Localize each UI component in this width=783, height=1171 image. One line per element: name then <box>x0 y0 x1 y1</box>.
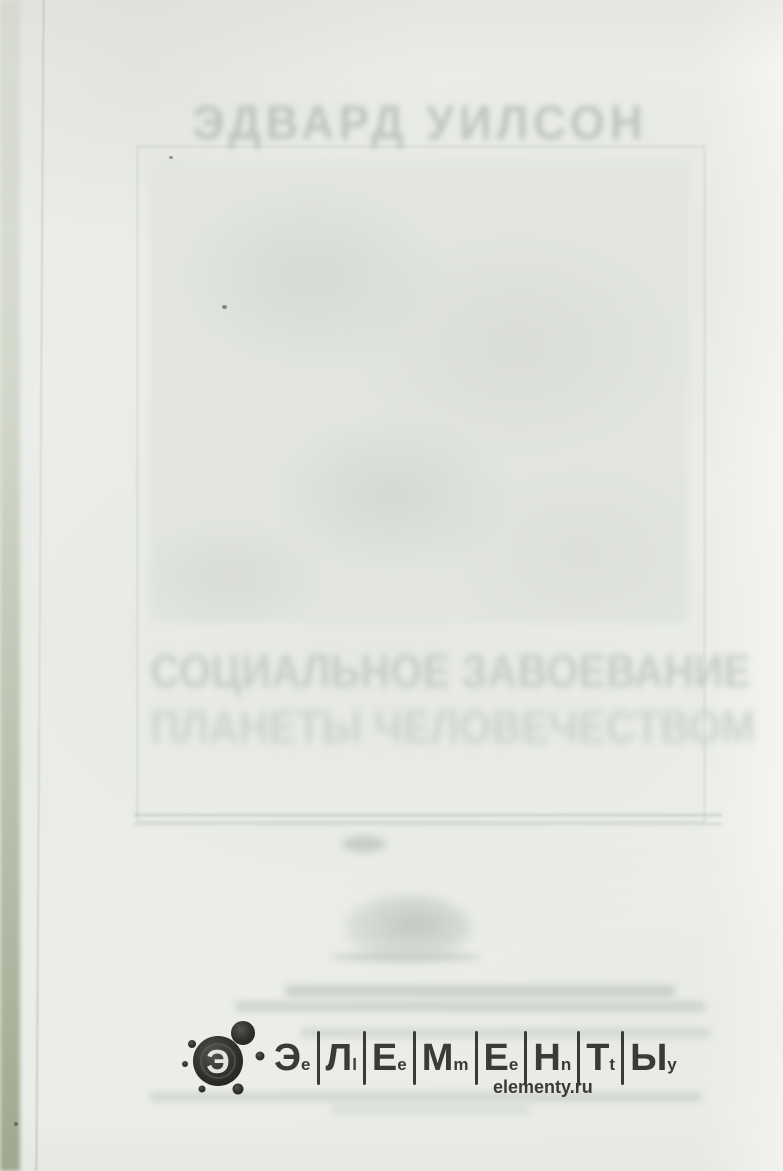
letter-sub: e <box>301 1056 310 1073</box>
page-spine-shadow <box>0 0 20 1171</box>
letter-group: Эe <box>271 1039 314 1077</box>
letter-separator <box>413 1031 416 1085</box>
letter-separator <box>317 1031 320 1085</box>
ghost-author-line: ЭДВАРД УИЛСОН <box>151 96 689 151</box>
letter-separator <box>621 1031 624 1085</box>
paper-crease-line <box>35 0 44 1171</box>
ghost-title-line-2: ПЛАНЕТЫ ЧЕЛОВЕЧЕСТВОМ <box>150 700 690 754</box>
letter-cap: Н <box>533 1039 559 1077</box>
letter-group: Ыy <box>627 1039 680 1077</box>
letter-group: Тt <box>583 1039 618 1077</box>
letter-cap: М <box>422 1039 453 1077</box>
letter-group: Еe <box>481 1039 522 1077</box>
letter-sub: m <box>453 1056 468 1073</box>
ghost-imprint-line-1 <box>285 985 675 997</box>
ghost-publisher-emblem-tail <box>330 952 480 962</box>
letter-cap: Э <box>274 1039 300 1077</box>
letter-sub: n <box>561 1056 571 1073</box>
letter-cap: Т <box>586 1039 608 1077</box>
watermark-letters: Эe Лl Еe Мm Еe Нn Тt Ыy <box>271 1031 680 1085</box>
elementy-url: elementy.ru <box>493 1077 593 1098</box>
letter-sub: l <box>352 1056 357 1073</box>
ghost-rule-bottom <box>134 823 722 825</box>
letter-cap: Е <box>484 1039 508 1077</box>
ghost-imprint-line-2 <box>235 1001 705 1012</box>
letter-cap: Е <box>372 1039 396 1077</box>
elementy-watermark: Э Эe Лl Еe Мm Еe Нn Тt Ыy <box>181 1018 680 1098</box>
ghost-title-line-1: СОЦИАЛЬНОЕ ЗАВОЕВАНИЕ <box>150 644 690 698</box>
atom-molecule-icon: Э <box>181 1018 265 1098</box>
dust-speck <box>14 1122 18 1126</box>
dust-speck <box>222 305 227 309</box>
letter-separator <box>363 1031 366 1085</box>
letter-cap: Ы <box>630 1039 666 1077</box>
ghost-center-mark <box>342 836 386 852</box>
letter-group: Еe <box>369 1039 410 1077</box>
letter-sub: e <box>509 1056 518 1073</box>
letter-sub: e <box>397 1056 406 1073</box>
ghost-rule-top <box>134 814 722 816</box>
letter-group: Лl <box>323 1039 360 1077</box>
letter-cap: Л <box>326 1039 352 1077</box>
letter-group: Мm <box>419 1039 472 1077</box>
scanned-book-page: ЭДВАРД УИЛСОН СОЦИАЛЬНОЕ ЗАВОЕВАНИЕ ПЛАН… <box>0 0 783 1171</box>
ghost-cover-photo <box>150 161 688 623</box>
atom-icon-letter: Э <box>206 1043 229 1080</box>
dust-speck <box>169 156 173 159</box>
letter-sub: t <box>609 1056 615 1073</box>
letter-separator <box>475 1031 478 1085</box>
ghost-imprint-line-5 <box>330 1106 530 1114</box>
letter-sub: y <box>667 1056 676 1073</box>
letter-group: Нn <box>530 1039 574 1077</box>
